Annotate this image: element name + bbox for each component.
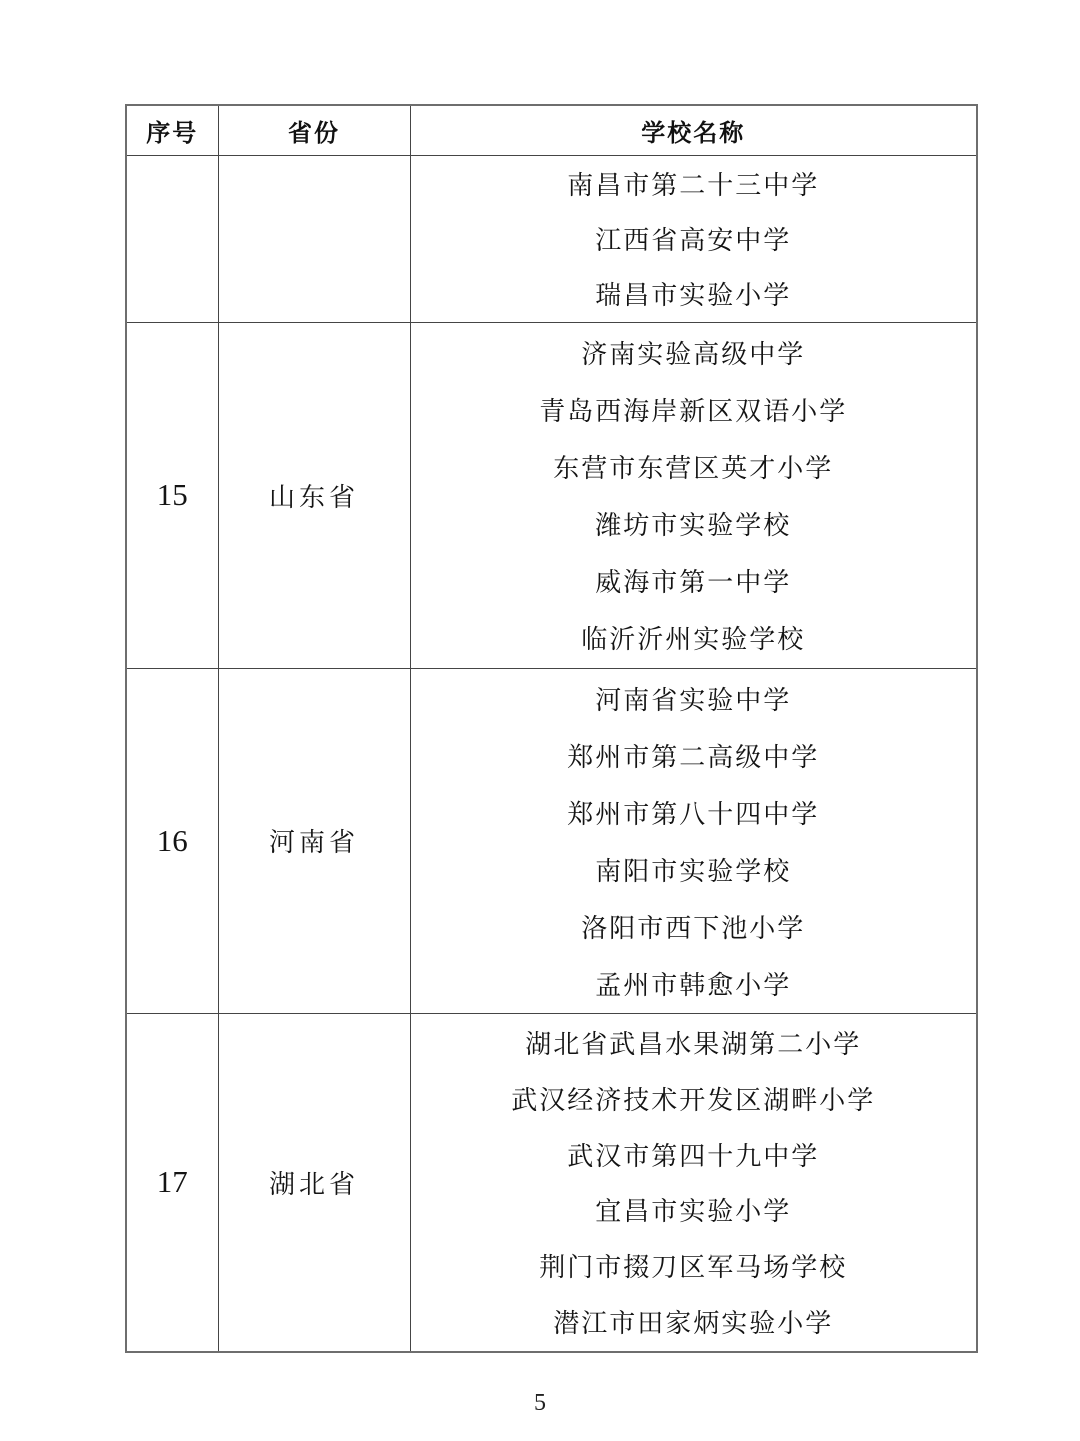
school-name: 潜江市田家炳实验小学 xyxy=(411,1294,977,1350)
schools-table: 序号 省份 学校名称 南昌市第二十三中学 江西省高安中学 瑞昌市实验小学 15 xyxy=(125,104,978,1353)
schools-cell: 济南实验高级中学 青岛西海岸新区双语小学 东营市东营区英才小学 潍坊市实验学校 … xyxy=(410,322,977,668)
school-name: 东营市东营区英才小学 xyxy=(411,438,977,495)
table-header-row: 序号 省份 学校名称 xyxy=(126,105,977,155)
school-name: 郑州市第二高级中学 xyxy=(411,727,977,784)
school-name: 宜昌市实验小学 xyxy=(411,1182,977,1238)
school-name: 洛阳市西下池小学 xyxy=(411,898,977,955)
school-name: 威海市第一中学 xyxy=(411,552,977,609)
school-name: 临沂沂州实验学校 xyxy=(411,609,977,666)
school-name: 荆门市掇刀区军马场学校 xyxy=(411,1238,977,1294)
school-name: 潍坊市实验学校 xyxy=(411,495,977,552)
school-name: 孟州市韩愈小学 xyxy=(411,955,977,1012)
school-name: 南阳市实验学校 xyxy=(411,841,977,898)
province-cell: 湖北省 xyxy=(218,1013,410,1352)
school-name: 南昌市第二十三中学 xyxy=(411,157,977,212)
school-name: 郑州市第八十四中学 xyxy=(411,784,977,841)
column-header-province: 省份 xyxy=(218,105,410,155)
schools-list: 河南省实验中学 郑州市第二高级中学 郑州市第八十四中学 南阳市实验学校 洛阳市西… xyxy=(411,670,977,1012)
table-row: 17 湖北省 湖北省武昌水果湖第二小学 武汉经济技术开发区湖畔小学 武汉市第四十… xyxy=(126,1013,977,1352)
province-cell: 山东省 xyxy=(218,322,410,668)
school-name: 江西省高安中学 xyxy=(411,211,977,266)
school-name: 济南实验高级中学 xyxy=(411,324,977,381)
table-row: 15 山东省 济南实验高级中学 青岛西海岸新区双语小学 东营市东营区英才小学 潍… xyxy=(126,322,977,668)
school-name: 武汉经济技术开发区湖畔小学 xyxy=(411,1070,977,1126)
school-name: 青岛西海岸新区双语小学 xyxy=(411,381,977,438)
schools-list: 济南实验高级中学 青岛西海岸新区双语小学 东营市东营区英才小学 潍坊市实验学校 … xyxy=(411,324,977,667)
school-name: 湖北省武昌水果湖第二小学 xyxy=(411,1015,977,1071)
school-name: 武汉市第四十九中学 xyxy=(411,1126,977,1182)
schools-cell: 河南省实验中学 郑州市第二高级中学 郑州市第八十四中学 南阳市实验学校 洛阳市西… xyxy=(410,668,977,1013)
table-row: 16 河南省 河南省实验中学 郑州市第二高级中学 郑州市第八十四中学 南阳市实验… xyxy=(126,668,977,1013)
index-cell: 16 xyxy=(126,668,218,1013)
column-header-school: 学校名称 xyxy=(410,105,977,155)
document-page: 序号 省份 学校名称 南昌市第二十三中学 江西省高安中学 瑞昌市实验小学 15 xyxy=(0,0,1080,1441)
school-name: 河南省实验中学 xyxy=(411,670,977,727)
index-cell: 15 xyxy=(126,322,218,668)
schools-cell: 湖北省武昌水果湖第二小学 武汉经济技术开发区湖畔小学 武汉市第四十九中学 宜昌市… xyxy=(410,1013,977,1352)
province-cell xyxy=(218,155,410,322)
school-name: 瑞昌市实验小学 xyxy=(411,266,977,321)
index-cell xyxy=(126,155,218,322)
index-cell: 17 xyxy=(126,1013,218,1352)
table-row: 南昌市第二十三中学 江西省高安中学 瑞昌市实验小学 xyxy=(126,155,977,322)
column-header-index: 序号 xyxy=(126,105,218,155)
schools-cell: 南昌市第二十三中学 江西省高安中学 瑞昌市实验小学 xyxy=(410,155,977,322)
province-cell: 河南省 xyxy=(218,668,410,1013)
schools-list: 湖北省武昌水果湖第二小学 武汉经济技术开发区湖畔小学 武汉市第四十九中学 宜昌市… xyxy=(411,1015,977,1350)
schools-list: 南昌市第二十三中学 江西省高安中学 瑞昌市实验小学 xyxy=(411,157,977,321)
page-number: 5 xyxy=(0,1390,1080,1417)
